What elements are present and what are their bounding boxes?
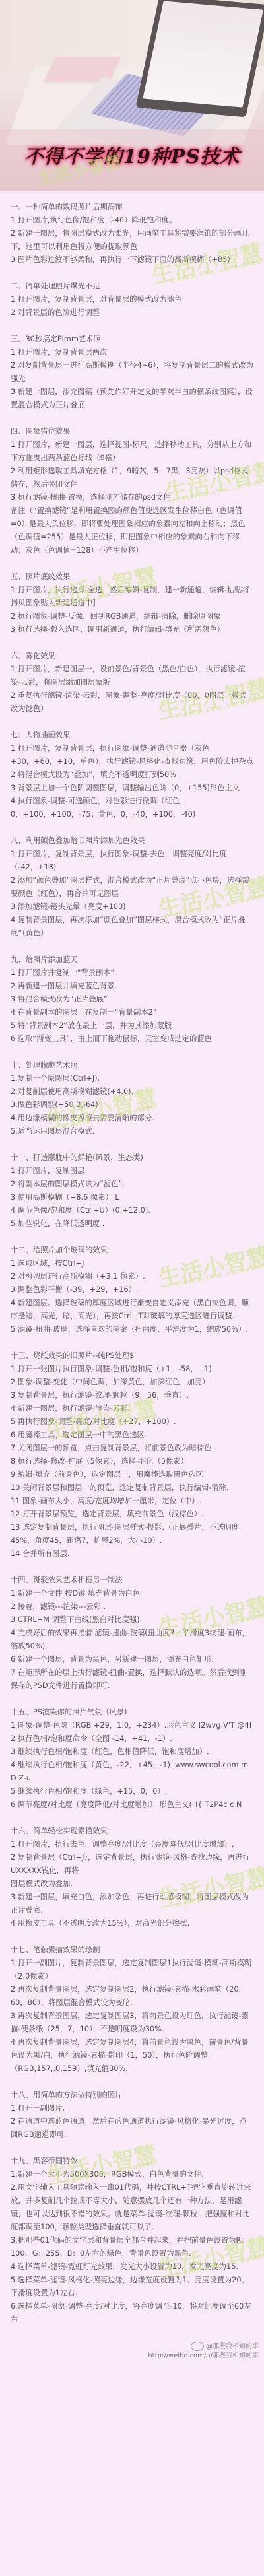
step-line: 7 在矩形所在的层上执行滤镜-扭曲-置换，选择默认的选项。然后找到刚保存的PSD… (11, 1666, 253, 1693)
tutorial-section: 七、人物插画效果1 打开图片，复制背景层，执行图象-调整-通道混合器（灰色+30… (11, 729, 253, 821)
tutorial-section: 十二、给照片加个玻璃的效果1 选取区域，按Ctrl+J2 对剪切层进行高斯模糊（… (11, 1244, 253, 1336)
step-line: 1 打开图片，执行选择-全选，然后编辑-复制，建一新通道，编辑-粘贴将拷贝图象贴… (11, 584, 253, 610)
title-band: 不得不学的19种PS技术 (0, 129, 264, 181)
tutorial-section: 十三、烧纸效果的旧照片--纯PS处理$1 打开一张图片执行图象-调整-色相/饱和… (11, 1349, 253, 1561)
step-line: 2 再新建一图层并填充蓝色背景. (11, 980, 253, 993)
step-line: 5 加些锐化，在降低透明度 . (11, 1217, 253, 1231)
section-heading: 十八、用简单的方法做特别的照片 (11, 2089, 253, 2102)
footer-credit: @那些我相知的事 http://weibo.com/u/那些我相知的事 (148, 2342, 259, 2361)
step-line: 5.适当运用图层混合模式. (11, 1125, 253, 1138)
step-line: 2 对背景层的色阶进行调整 (11, 306, 253, 320)
step-line: 5.选择菜单-滤镜-风格化-照亮边缘，边缘宽度设置为1、亮度设置为20、平滑度设… (11, 2274, 253, 2300)
step-line: 2.对复制层使用高斯模糊滤镜(+4.0). (11, 1085, 253, 1099)
step-line: 5 继续执行色相/饱和度（绿色，+15，0，0）. (11, 1785, 253, 1798)
step-line: 6 选取“渐变工具”，由上而下拖动鼠标，天空变成选定的蓝色 (11, 1033, 253, 1046)
step-line: 12 打开背景层预览，选定背景层，填充前景色（浅棕色）. (11, 1508, 253, 1521)
step-line: 3 背景层上加一个色阶调整图层，调整输出色阶（0，+155)形色主义 (11, 782, 253, 795)
step-line: 8 执行选择-修改-扩展（5像素），选择-羽化（5像素） (11, 1455, 253, 1468)
weibo-logo-icon (191, 2342, 204, 2351)
step-line: 1 打开图片，复制图层. (11, 1165, 253, 1178)
step-line: 1 打开图片，执行去色，调整亮度/对比度（亮度降低/对比度增加）. (11, 1838, 253, 1851)
tutorial-section: 十八、用简单的方法做特别的照片1 打开一副图片.2 在通道中选蓝色通道，然后在蓝… (11, 2089, 253, 2142)
step-line: 4 完成好后的效果再接着 滤镜-扭曲-玻璃(扭曲度7，平滑度3纹理-画布，缩放5… (11, 1627, 253, 1653)
step-line: 2 将副本层的图层模式该为“滤色”. (11, 1178, 253, 1191)
step-line: 4 继续执行色相/饱和度（黄色，-22，+45，-1) .www.swcool.… (11, 1759, 253, 1785)
step-line: 2 将混合模式设为“叠加”，填充不透明度打到50% (11, 768, 253, 782)
hero-photo-laptop-screen (136, 0, 264, 117)
step-line: 2 对复制背景层一进行高斯模糊（半径4~6），将复制背景层二的模式改为强光 (11, 359, 253, 386)
section-heading: 三、30秒搞定Plmm艺术照 (11, 333, 253, 346)
tutorial-section: 四、图象错位效果1 打开图片，新建一图层，选择视图-标尺，选择移动工具，分别从上… (11, 425, 253, 557)
step-line: 4 再次复制背景图层，选定复制图层4，将前景色设为黑色，前景色/背景色设为黑/白… (11, 2036, 253, 2076)
tutorial-section: 十九、黑客帝国特效1.新建一个大小为500X300，RGB模式，白色背景的文件.… (11, 2155, 253, 2326)
tutorial-section: 十七、笔触素描效果的绘制1 打开一副图片，复制背景图层，选定复制图层1执行滤镜-… (11, 1944, 253, 2076)
section-heading: 十、处理朦胧艺术照 (11, 1059, 253, 1072)
step-line: 2 重复执行滤镜-渲染-云彩，图象-调整-亮度/对比度（80，0图层一模式改为滤… (11, 689, 253, 716)
step-line: 1 打开一副图片，复制背景图层，选定复制图层1执行滤镜-模糊-高斯模糊（2.0像… (11, 1957, 253, 1983)
step-line: 4 在背景副本的图层上在复制一“背景副本2” (11, 1006, 253, 1019)
section-heading: 十二、给照片加个玻璃的效果 (11, 1244, 253, 1257)
step-line: 3 再次复制背景图层，选定复制图层3，将前景色设为红色，执行滤镜-素描-便条纸（… (11, 2010, 253, 2036)
section-heading: 十四、斑驳效果艺术相框另一制法 (11, 1574, 253, 1587)
step-line: 13 选定复制背景层，执行图层-图层样式-投影.（正底叠片，不透明度45%，角度… (11, 1521, 253, 1547)
article-body: 生活小智慧t.sina.com.cn/oomoo 生活小智慧t.sina.com… (0, 191, 264, 2366)
step-line: 1 打开图片，复制背景层两次 (11, 346, 253, 359)
step-line: 4 执行图象-调整-可选颜色，对色彩进行微调（红色，0，+100，+100，-7… (11, 795, 253, 821)
section-heading: 十九、黑客帝国特效 (11, 2155, 253, 2168)
step-line: 3 使用高斯模糊（+8.6 像素）.L (11, 1191, 253, 1204)
step-line: 2 图象-调整-变化（中间色调，加深黄色，加深红色，加亮）. (11, 1376, 253, 1389)
step-line: 11 图象-画布大小，高度/宽度均增加一厘米，定位（中）. (11, 1495, 253, 1508)
step-line: 3 调整色彩平衡（-39，+29，+16）. (11, 1283, 253, 1297)
tutorial-sections: 一、一种简单的数码照片后期润饰1 打开图片,执行色像/饱和度（-40）降低饱和度… (11, 201, 253, 2326)
section-heading: 六、雾化效果 (11, 650, 253, 663)
step-line: 3 添加滤镜-镜头光晕（亮度+100) (11, 900, 253, 914)
step-line: 2 利用矩形选取工具填充方格（1，9暗灰，5，7黑，3亮灰）以psd格式储存，然… (11, 465, 253, 491)
step-line: 1 打开图片，新建图层一，设前景色/背景色（黑色/白色），执行滤镜-渲染-云彩，… (11, 663, 253, 689)
step-line: 1.新建一个大小为500X300，RGB模式，白色背景的文件. (11, 2168, 253, 2181)
section-heading: 九、给照片添加蓝天 (11, 953, 253, 966)
step-line: 4 调节色像/饱和度（Ctrl+U）(0,+12,0). (11, 1204, 253, 1217)
step-line: 2 复制背景层（Ctrl+J），选定背景层，执行滤镜-风格-查找边缘，再进行UX… (11, 1851, 253, 1878)
footer-url[interactable]: http://weibo.com/u/那些我相知的事 (148, 2352, 259, 2361)
step-line: 3 新建一图层，添充图案（预先作好并定义的半灰半白的横条纹图案），设置混合模式为… (11, 386, 253, 412)
step-line: 2 接着，滤镜---渲染---云彩 . (11, 1600, 253, 1613)
step-line: 图层模式改为叠加. (11, 1878, 253, 1891)
step-line: 3 CTRL+M 调整下曲线(黑白对比度强). (11, 1613, 253, 1627)
tutorial-section: 十五、PS渲染你的照片气氛（风景)1 图象-调整-色阶（RGB +29，1.0，… (11, 1706, 253, 1812)
tutorial-section: 十六、简单轻松实现素描效果1 打开图片，执行去色，调整亮度/对比度（亮度降低/对… (11, 1825, 253, 1930)
step-line: 5 再执行图象-调整-亮度/对比度（+27，+100）. (11, 1415, 253, 1429)
step-line: 1 图象-调整-色阶（RGB +29，1.0，+234）.形色主义 l2wvg.… (11, 1719, 253, 1732)
tutorial-section: 一、一种简单的数码照片后期润饰1 打开图片,执行色像/饱和度（-40）降低饱和度… (11, 201, 253, 267)
step-line: 7 关闭图层一的预览，点击复制背景层，将前景色改为暗棕色. (11, 1442, 253, 1455)
footer-handle[interactable]: @那些我相知的事 (206, 2343, 259, 2350)
step-line: 1 打开图片，复制背景层，对背景层的模式改为滤色 (11, 293, 253, 306)
section-heading: 四、图象错位效果 (11, 425, 253, 438)
section-heading: 十五、PS渲染你的照片气氛（风景) (11, 1706, 253, 1719)
step-line: 3 复制背景层，执行滤镜-纹理-颗粒（9，56，垂直）. (11, 1389, 253, 1402)
step-line: 3 图片色彩过渡不够柔和，再执行一下滤镜下面的高斯模糊（+85) (11, 254, 253, 267)
step-line: 4 用橡皮工具（不透明度改为15%），对高光部分擦拭. (11, 1917, 253, 1930)
step-line: 1 选取区域，按Ctrl+J (11, 1257, 253, 1270)
step-line: 4 新建图层。选择玻璃的厚度区域进行渐变自定义添充（黑白灰色调，顺序是暗，高光，… (11, 1297, 253, 1323)
hero-banner: 不得不学的19种PS技术 生活小智慧 (0, 0, 264, 191)
page-title: 不得不学的19种PS技术 (24, 142, 240, 169)
step-line: 3 将混合模式改为“正片叠底” (11, 993, 253, 1006)
step-line: 3 继续执行色相/饱和度（红色，色相值降低，饱和度增加）. (11, 1746, 253, 1759)
step-line: 4 选择菜单-滤镜-霓虹灯光效果，发光大小设置为10，发光亮度为15. (11, 2260, 253, 2274)
section-heading: 二、简单处理照片爆光不足 (11, 280, 253, 293)
section-heading: 十一、打造朦胧中的鲜艳(风景，生态类) (11, 1151, 253, 1165)
tutorial-section: 十一、打造朦胧中的鲜艳(风景，生态类)1 打开图片，复制图层.2 将副本层的图层… (11, 1151, 253, 1231)
step-line: 1 打开一副图片. (11, 2102, 253, 2115)
step-line: 6 调节亮度/对比度（亮度降低/对比度增加）.形色主义(H{ T2P4c c N (11, 1798, 253, 1812)
tutorial-section: 六、雾化效果1 打开图片，新建图层一，设前景色/背景色（黑色/白色），执行滤镜-… (11, 650, 253, 716)
tutorial-section: 八、利用颜色叠加给旧照片添加光色效果1 打开图片，复制背景层，执行图象-调整-去… (11, 834, 253, 940)
step-line: 2 在通道中选蓝色通道，然后在蓝色通道执行滤镜-风格化-暴光过度，点回RGB通道… (11, 2115, 253, 2142)
step-line: 2 执行色相/饱和度命令（全图 -14，+41，-1）. (11, 1732, 253, 1746)
tutorial-section: 十四、斑驳效果艺术相框另一制法1 新建一个文件 按D键 填充背景为白色2 接着，… (11, 1574, 253, 1693)
step-line: 14 合并所有图层. (11, 1547, 253, 1561)
step-line: 3 执行选择-载入选区，调用新通道，执行编辑-填充（所需颜色） (11, 623, 253, 636)
step-line: 5 滤镜-扭曲-玻璃，选择喜欢的图案（扭曲度、平滑度为1，缩放50%）. (11, 1323, 253, 1336)
step-line: 3 新建一图层，填充白色，添加杂色，再进行动感模糊，将图层模式改为正片叠底. (11, 1891, 253, 1917)
step-line: 4 新建一图层，执行滤镜-渲染-云彩. (11, 1402, 253, 1415)
step-line: 3.做色彩调整(+50,0,-64) (11, 1099, 253, 1112)
step-line: 2 新建一图层，将图层模式改为柔光，用画笔工具将需要润饰的部分画几下，这里可以利… (11, 227, 253, 254)
tutorial-section: 五、照片底纹效果1 打开图片，执行选择-全选，然后编辑-复制，建一新通道，编辑-… (11, 570, 253, 636)
step-line: 3 执行滤镜-扭曲-置换，选择刚才储存的psd文件 (11, 491, 253, 504)
step-line: 4 复制背景图层，再次添加“颜色叠加”图层样式，混合模式改为“正片叠底”（黄色） (11, 914, 253, 940)
tutorial-section: 九、给照片添加蓝天1 打开图片并复制一"背景副本".2 再新建一图层并填充蓝色背… (11, 953, 253, 1046)
step-line: 备注（“置换滤镜”是利用置换图的颜色值使选区发生位移白色（色调值=0）是最大负位… (11, 504, 253, 557)
step-line: 5 将“背景副本2”放在最上一层，并为其添加蒙版 (11, 1019, 253, 1033)
step-line: 10 关闭背景层和图层一的预览，选定复制背景层，执行编辑-清除. (11, 1481, 253, 1495)
step-line: 4.用边缘模糊的橡皮擦擦去需要清晰的部分. (11, 1112, 253, 1125)
step-line: 2 再次复制背景图层，选定复制图层2，执行滤镜-素描-水彩画笔（20，60，80… (11, 1983, 253, 2010)
step-line: 1 打开图片并复制一"背景副本". (11, 966, 253, 980)
section-heading: 八、利用颜色叠加给旧照片添加光色效果 (11, 834, 253, 848)
step-line: 1 打开一张图片执行图象-调整-色相/饱和度（+1，-58，+1) (11, 1363, 253, 1376)
section-heading: 一、一种简单的数码照片后期润饰 (11, 201, 253, 214)
step-line: 6.选择菜单-图象-调整-亮度/对比度，将亮度调至-10，将对比度调至60左右 (11, 2300, 253, 2326)
step-line: 2.用文字输入工具随意输入一窜01代码，并按CTRL+T把它垂直旋转过来放，并多… (11, 2181, 253, 2234)
section-heading: 十三、烧纸效果的旧照片--纯PS处理$ (11, 1349, 253, 1363)
step-line: 1 打开图片,执行色像/饱和度（-40）降低饱和度。 (11, 214, 253, 227)
tutorial-section: 三、30秒搞定Plmm艺术照1 打开图片，复制背景层两次2 对复制背景层一进行高… (11, 333, 253, 412)
step-line: 2 添加“颜色叠加”图层样式，混合模式改为“正片叠底”点小色块，选择需要颜色（红… (11, 874, 253, 900)
step-line: 6 新建一个图层，背景为黑色，另新建一图层，添充白色矩形. (11, 1653, 253, 1666)
step-line: 1 打开图片，复制背景层，执行图象-调整-通道混合器（灰色+30，+60，+10… (11, 742, 253, 768)
step-line: 1 打开图片，新建一图层，选择视图-标尺，选择移动工具，分别从上方和下方拖曳出两… (11, 438, 253, 465)
tutorial-section: 十、处理朦胧艺术照1.复制一个原图层(Ctrl+J).2.对复制层使用高斯模糊滤… (11, 1059, 253, 1138)
step-line: 2 对剪切层进行高斯模糊（+3.1 像素）. (11, 1270, 253, 1283)
section-heading: 十七、笔触素描效果的绘制 (11, 1944, 253, 1957)
section-heading: 七、人物插画效果 (11, 729, 253, 742)
step-line: 1 新建一个文件 按D键 填充背景为白色 (11, 1587, 253, 1600)
section-heading: 五、照片底纹效果 (11, 570, 253, 584)
step-line: 6 用魔棒工具，选定图层一中的黑色选区. (11, 1429, 253, 1442)
step-line: 2 执行图象-调整-反像，回到RGB通道，编辑-清除，删除原图象 (11, 610, 253, 623)
section-heading: 十六、简单轻松实现素描效果 (11, 1825, 253, 1838)
step-line: 3.把那些01代码的文字层和背景层全都合并起来，并把前景色设置为R：100、G：… (11, 2234, 253, 2260)
step-line: 1.复制一个原图层(Ctrl+J). (11, 1072, 253, 1085)
tutorial-section: 二、简单处理照片爆光不足1 打开图片，复制背景层，对背景层的模式改为滤色2 对背… (11, 280, 253, 320)
step-line: 1 打开图片，复制背景层，执行图象-调整-去色，调整亮度/对比度（-42，+18… (11, 848, 253, 874)
step-line: 9 编辑-填充（前景色），选定图层一，用魔棒选取黑色选区 (11, 1468, 253, 1481)
